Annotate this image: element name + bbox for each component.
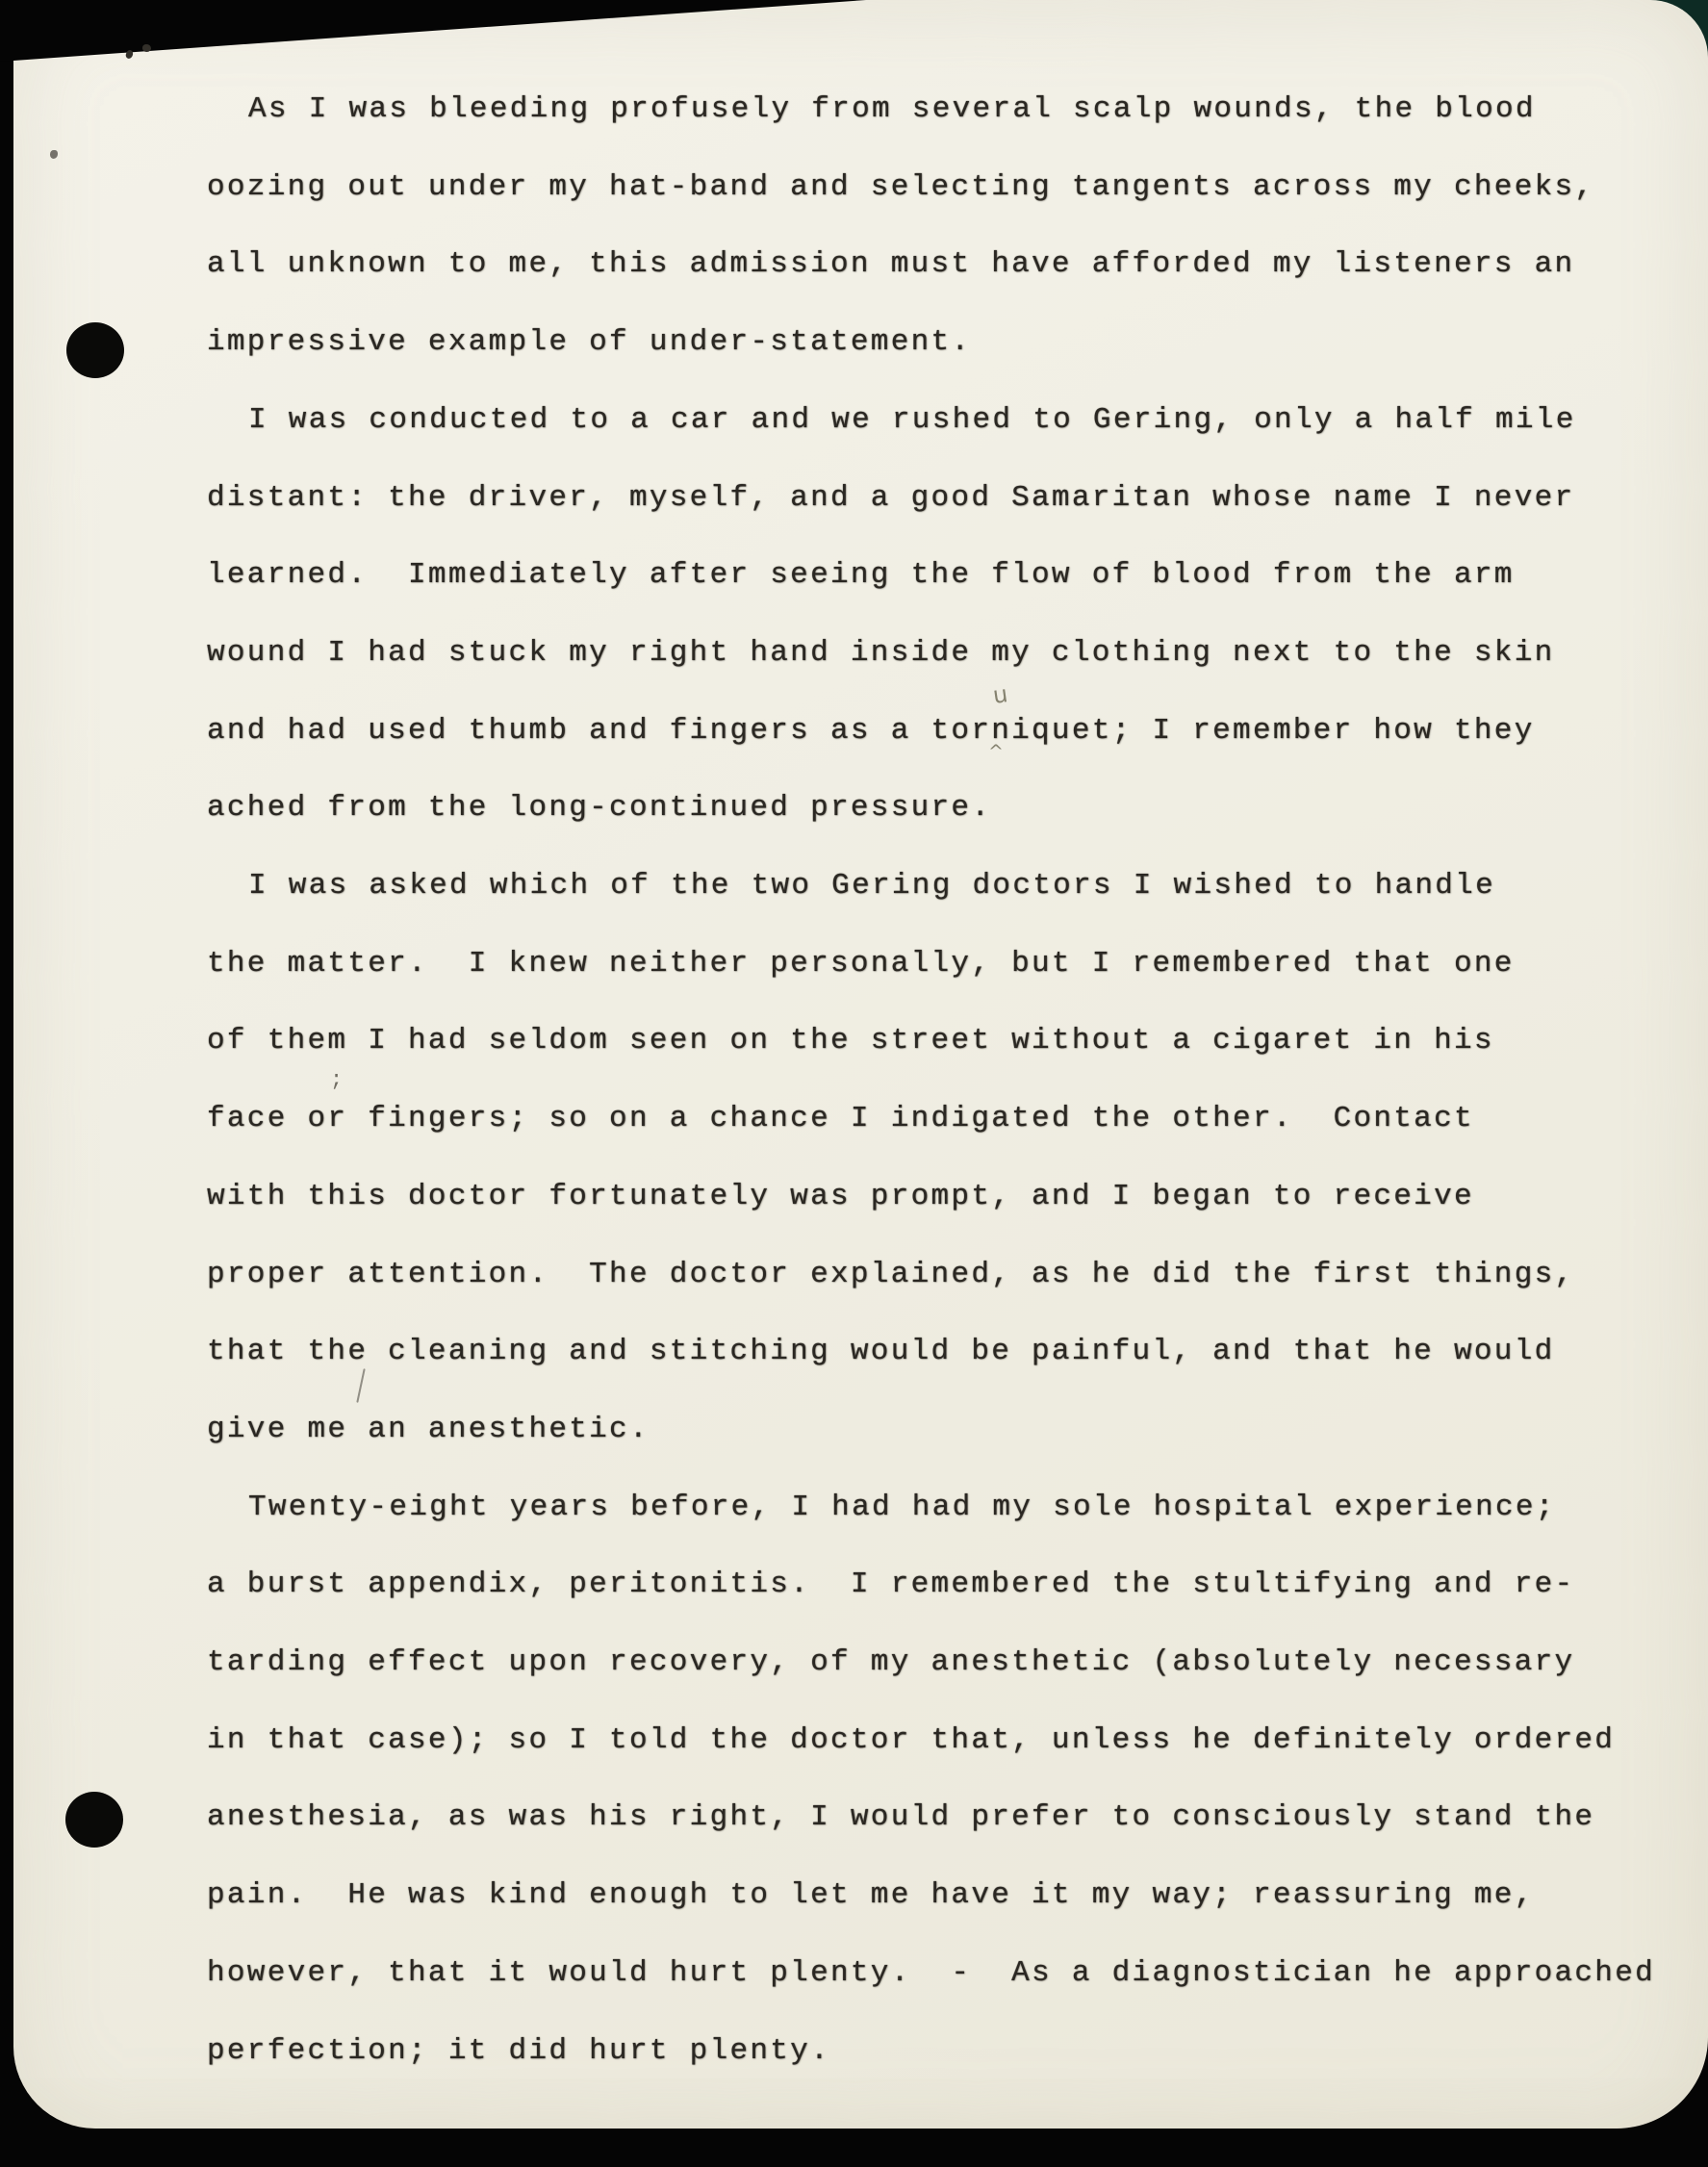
typed-line: of them I had seldom seen on the street … <box>207 1021 1494 1061</box>
typed-line: I was conducted to a car and we rushed t… <box>207 400 1576 441</box>
typed-line: ached from the long-continued pressure. <box>207 788 991 829</box>
typed-line: Twenty-eight years before, I had had my … <box>207 1488 1556 1528</box>
typed-line: a burst appendix, peritonitis. I remembe… <box>207 1565 1574 1605</box>
handwritten-insertion-caret: ^ <box>988 741 1004 762</box>
typed-line: pain. He was kind enough to let me have … <box>207 1875 1535 1916</box>
typed-line: tarding effect upon recovery, of my anes… <box>207 1643 1574 1683</box>
typed-line: face or fingers; so on a chance I indiga… <box>207 1099 1474 1139</box>
typed-line: the matter. I knew neither personally, b… <box>207 944 1515 984</box>
punch-hole-top <box>66 322 124 378</box>
typed-line: however, that it would hurt plenty. - As… <box>207 1953 1655 1994</box>
typed-line: oozing out under my hat-band and selecti… <box>207 167 1594 208</box>
typed-line: distant: the driver, myself, and a good … <box>207 478 1574 519</box>
typed-line: anesthesia, as was his right, I would pr… <box>207 1797 1594 1838</box>
typed-line: all unknown to me, this admission must h… <box>207 244 1574 285</box>
typed-line: that the cleaning and stitching would be… <box>207 1332 1555 1372</box>
typed-line: and had used thumb and fingers as a torn… <box>207 711 1535 752</box>
typed-line: I was asked which of the two Gering doct… <box>207 866 1495 906</box>
paper-speck <box>142 44 151 52</box>
typed-line: As I was bleeding profusely from several… <box>207 89 1536 130</box>
typed-line: with this doctor fortunately was prompt,… <box>207 1177 1474 1217</box>
scanned-page: As I was bleeding profusely from several… <box>0 0 1708 2167</box>
typed-line: wound I had stuck my right hand inside m… <box>207 633 1555 674</box>
typed-line: impressive example of under-statement. <box>207 322 971 363</box>
typed-text-block: As I was bleeding profusely from several… <box>0 0 1708 2167</box>
typed-line: in that case); so I told the doctor that… <box>207 1721 1615 1761</box>
punch-hole-bottom <box>65 1792 123 1848</box>
typed-line: proper attention. The doctor explained, … <box>207 1255 1574 1295</box>
stray-ink-mark: ; <box>330 1068 343 1092</box>
typed-line: give me an anesthetic. <box>207 1410 650 1450</box>
typed-line: learned. Immediately after seeing the fl… <box>207 555 1515 596</box>
typed-line: perfection; it did hurt plenty. <box>207 2031 830 2072</box>
